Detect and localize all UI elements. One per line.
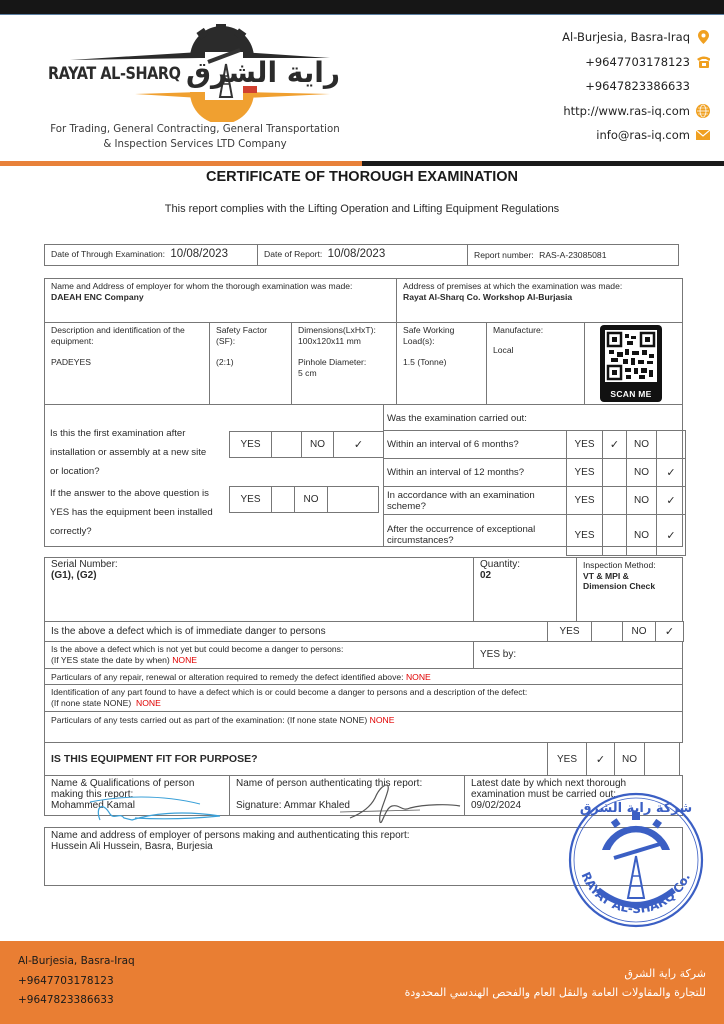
tagline-line-2: & Inspection Services LTD Company <box>40 137 350 152</box>
premises-cell: Address of premises at which the examina… <box>396 278 683 323</box>
serial-label: Serial Number: <box>51 560 467 571</box>
quantity-label: Quantity: <box>480 560 570 571</box>
qr-scan-label: SCAN ME <box>600 389 662 399</box>
first-exam-question: Is this the first examination after inst… <box>50 424 212 481</box>
tests-value: NONE <box>370 715 395 725</box>
dimensions-cell: Dimensions(LxHxT): 100x120x11 mm Pinhole… <box>291 322 397 405</box>
footer-phone-1[interactable]: +9647703178123 <box>18 972 135 992</box>
company-tagline: For Trading, General Contracting, Genera… <box>40 122 350 152</box>
exam-q4-yes-label: YES <box>566 514 603 556</box>
exam-q3-yes-label: YES <box>566 486 603 515</box>
contact-address: Al-Burjesia, Basra-Iraq <box>562 25 710 50</box>
fit-for-purpose-no-label: NO <box>614 742 645 776</box>
exam-q2-no-label: NO <box>626 458 657 487</box>
exam-question-1: Within an interval of 6 months? <box>387 430 559 459</box>
swl-value: 1.5 (Tonne) <box>403 357 480 368</box>
exam-q1-yes-box[interactable]: ✓ <box>602 430 627 459</box>
immediate-danger-label: Is the above a defect which is of immedi… <box>44 621 548 642</box>
signature-ammar-khaled <box>330 778 470 828</box>
footer: Al-Burjesia, Basra-Iraq +9647703178123 +… <box>0 941 724 1024</box>
footer-arabic: شركة راية الشرق للتجارة والمقاولات العام… <box>405 964 706 1002</box>
spacer <box>696 79 710 93</box>
contact-phone-2[interactable]: +9647823386633 <box>562 74 710 99</box>
contact-email[interactable]: info@ras-iq.com <box>562 123 710 148</box>
stamp-text-en: RAYAT AL-SHARQ Co. <box>578 870 692 916</box>
future-danger-value: NONE <box>172 655 197 665</box>
report-number-cell: Report number: RAS-A-23085081 <box>467 244 679 266</box>
serial-cell: Serial Number: (G1), (G2) <box>44 557 474 622</box>
footer-arabic-name: شركة راية الشرق <box>405 964 706 983</box>
installed-correctly-yes-box[interactable] <box>271 486 295 513</box>
safety-factor-value: (2:1) <box>216 357 285 368</box>
identification-hint: (If none state NONE) <box>51 698 131 708</box>
document-title: CERTIFICATE OF THOROUGH EXAMINATION <box>0 169 724 185</box>
footer-address: Al-Burjesia, Basra-Iraq <box>18 952 135 972</box>
description-value: PADEYES <box>51 357 203 368</box>
serial-value: (G1), (G2) <box>51 571 467 582</box>
safety-factor-label: Safety Factor (SF): <box>216 325 285 346</box>
footer-contacts: Al-Burjesia, Basra-Iraq +9647703178123 +… <box>18 952 135 1011</box>
fit-for-purpose-label: IS THIS EQUIPMENT FIT FOR PURPOSE? <box>44 742 548 776</box>
future-danger-cell: Is the above a defect which is not yet b… <box>44 641 474 669</box>
signature-mohammed-kamal <box>80 790 230 826</box>
installed-correctly-no-box[interactable] <box>327 486 379 513</box>
telephone-icon <box>696 55 710 69</box>
future-danger-label: Is the above a defect which is not yet b… <box>51 644 467 655</box>
company-logo: RAYAT AL-SHARQ راية الشرق <box>40 22 350 122</box>
repair-label: Particulars of any repair, renewal or al… <box>51 672 404 682</box>
immediate-danger-yes-label: YES <box>547 621 592 642</box>
document-subtitle: This report complies with the Lifting Op… <box>0 203 724 215</box>
employer-value: DAEAH ENC Company <box>51 292 366 303</box>
first-exam-no-label: NO <box>301 431 334 458</box>
envelope-icon <box>696 128 710 142</box>
dimensions-label: Dimensions(LxHxT): <box>298 325 390 336</box>
phone-1-text[interactable]: +9647703178123 <box>585 55 690 69</box>
repair-cell: Particulars of any repair, renewal or al… <box>44 668 683 685</box>
exam-question-2: Within an interval of 12 months? <box>387 458 559 487</box>
inspection-method-cell: Inspection Method: VT & MPI & Dimension … <box>576 557 683 622</box>
company-stamp-icon: شركة راية الشرق RAYAT AL-SHARQ Co. <box>562 790 710 930</box>
inspection-method-label: Inspection Method: <box>583 560 676 571</box>
immediate-danger-yes-box[interactable] <box>591 621 623 642</box>
manufacture-label: Manufacture: <box>493 325 578 336</box>
inspection-method-value: VT & MPI & Dimension Check <box>583 571 673 592</box>
manufacture-value: Local <box>493 345 578 356</box>
exam-q3-no-label: NO <box>626 486 657 515</box>
logo-text-en: RAYAT AL-SHARQ <box>48 64 180 84</box>
dimensions-value: 100x120x11 mm <box>298 336 390 347</box>
exam-q1-yes-label: YES <box>566 430 603 459</box>
swl-label: Safe Working Load(s): <box>403 325 463 346</box>
report-date-value: 10/08/2023 <box>328 248 386 260</box>
tests-cell: Particulars of any tests carried out as … <box>44 711 683 743</box>
pinhole-value: 5 cm <box>298 368 390 379</box>
location-pin-icon <box>696 30 710 44</box>
contact-info: Al-Burjesia, Basra-Iraq +9647703178123 +… <box>562 25 710 148</box>
svg-text:RAYAT AL-SHARQ Co.: RAYAT AL-SHARQ Co. <box>578 870 692 916</box>
safety-factor-cell: Safety Factor (SF): (2:1) <box>209 322 292 405</box>
footer-phone-2[interactable]: +9647823386633 <box>18 991 135 1011</box>
phone-2-text[interactable]: +9647823386633 <box>585 79 690 93</box>
swl-cell: Safe Working Load(s): 1.5 (Tonne) <box>396 322 487 405</box>
report-date-label: Date of Report: <box>264 249 322 259</box>
fit-for-purpose-yes-label: YES <box>547 742 587 776</box>
website-link[interactable]: http://www.ras-iq.com <box>563 104 690 118</box>
email-link[interactable]: info@ras-iq.com <box>596 128 690 142</box>
yes-by-label: YES by: <box>473 641 683 669</box>
premises-value: Rayat Al-Sharq Co. Workshop Al-Burjasia <box>403 292 676 303</box>
immediate-danger-no-label: NO <box>622 621 656 642</box>
repair-value: NONE <box>406 672 431 682</box>
quantity-cell: Quantity: 02 <box>473 557 577 622</box>
employer-cell: Name and Address of employer for whom th… <box>44 278 397 323</box>
employer-label: Name and Address of employer for whom th… <box>51 281 366 292</box>
exam-q2-yes-box[interactable] <box>602 458 627 487</box>
report-number-value: RAS-A-23085081 <box>539 250 606 260</box>
description-cell: Description and identification of the eq… <box>44 322 210 405</box>
pinhole-label: Pinhole Diameter: <box>298 357 390 368</box>
exam-question-3: In accordance with an examination scheme… <box>387 486 559 515</box>
exam-q3-no-box[interactable]: ✓ <box>656 486 686 515</box>
exam-q2-no-box[interactable]: ✓ <box>656 458 686 487</box>
premises-label: Address of premises at which the examina… <box>403 281 676 292</box>
exam-question-4: After the occurrence of exceptional circ… <box>387 514 559 556</box>
description-label: Description and identification of the eq… <box>51 325 203 346</box>
installed-correctly-question: If the answer to the above question is Y… <box>50 484 228 541</box>
installed-correctly-yes-label: YES <box>229 486 272 513</box>
address-text: Al-Burjesia, Basra-Iraq <box>562 30 690 44</box>
exam-q4-no-label: NO <box>626 514 657 556</box>
fit-for-purpose-yes-box[interactable]: ✓ <box>586 742 615 776</box>
tests-label: Particulars of any tests carried out as … <box>51 715 367 725</box>
quantity-value: 02 <box>480 571 570 582</box>
exam-date-cell: Date of Through Examination: 10/08/2023 <box>44 244 258 266</box>
manufacture-cell: Manufacture: Local <box>486 322 585 405</box>
contact-phone-1[interactable]: +9647703178123 <box>562 50 710 75</box>
first-exam-yes-box[interactable] <box>271 431 302 458</box>
first-exam-yes-label: YES <box>229 431 272 458</box>
header-divider <box>0 161 724 166</box>
exam-q4-yes-box[interactable] <box>602 514 627 556</box>
globe-icon <box>696 104 710 118</box>
exam-date-value: 10/08/2023 <box>170 248 228 260</box>
fit-for-purpose-no-box[interactable] <box>644 742 680 776</box>
future-danger-hint: (If YES state the date by when) <box>51 655 170 665</box>
exam-q1-no-label: NO <box>626 430 657 459</box>
report-date-cell: Date of Report: 10/08/2023 <box>257 244 468 266</box>
exam-q4-no-box[interactable]: ✓ <box>656 514 686 556</box>
immediate-danger-no-box[interactable]: ✓ <box>655 621 684 642</box>
report-number-label: Report number: <box>474 250 534 260</box>
first-exam-no-box[interactable]: ✓ <box>333 431 384 458</box>
installed-correctly-no-label: NO <box>294 486 328 513</box>
identification-value: NONE <box>136 698 161 708</box>
footer-arabic-description: للتجارة والمقاولات العامة والنقل العام و… <box>405 983 706 1002</box>
top-bar <box>0 0 724 15</box>
logo-text-ar: راية الشرق <box>186 56 340 89</box>
identification-label: Identification of any part found to have… <box>51 687 676 698</box>
identification-cell: Identification of any part found to have… <box>44 684 683 712</box>
exam-q2-yes-label: YES <box>566 458 603 487</box>
qr-pattern-icon <box>605 330 657 382</box>
exam-q3-yes-box[interactable] <box>602 486 627 515</box>
tagline-line-1: For Trading, General Contracting, Genera… <box>40 122 350 137</box>
contact-website[interactable]: http://www.ras-iq.com <box>562 99 710 124</box>
stamp-text-ar: شركة راية الشرق <box>580 801 692 816</box>
exam-q1-no-box[interactable] <box>656 430 686 459</box>
exam-date-label: Date of Through Examination: <box>51 249 165 259</box>
exam-carried-out-heading: Was the examination carried out: <box>387 409 527 428</box>
qr-code[interactable]: SCAN ME <box>600 325 662 402</box>
